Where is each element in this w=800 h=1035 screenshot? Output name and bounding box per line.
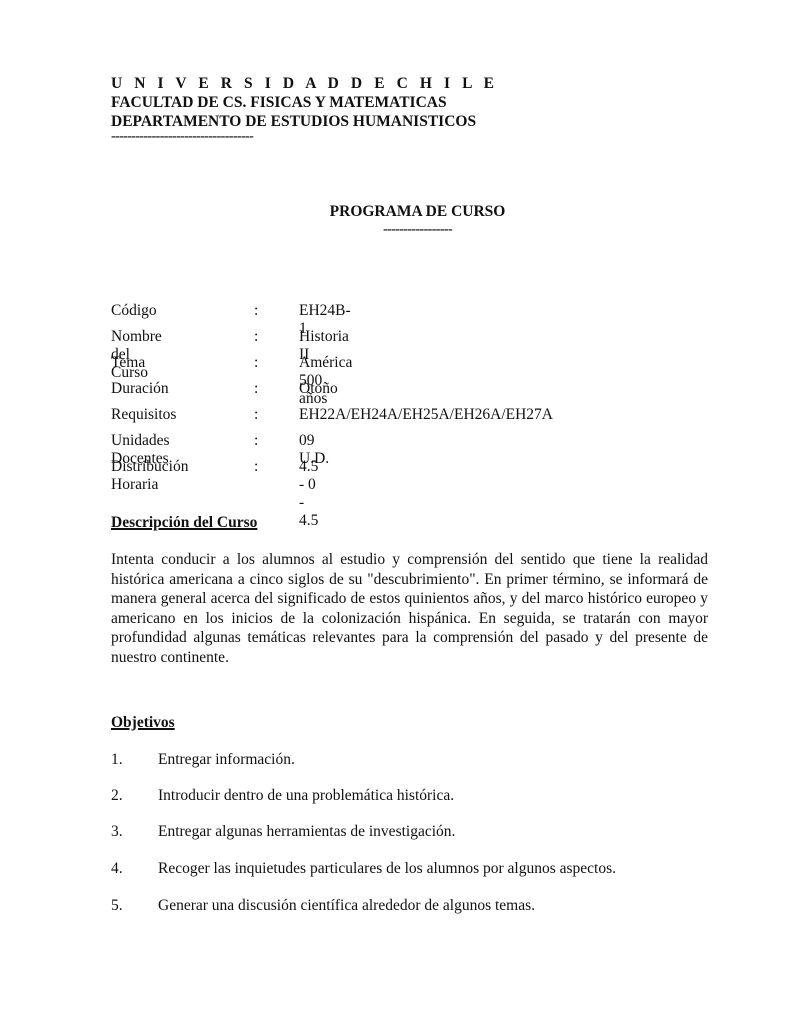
objective-number: 5. bbox=[111, 897, 123, 915]
objective-number: 1. bbox=[111, 751, 123, 769]
header-separator: ----------------------------------- bbox=[111, 129, 253, 145]
info-label: Código bbox=[111, 302, 157, 320]
objective-text: Generar una discusión científica alreded… bbox=[158, 897, 535, 915]
objective-text: Recoger las inquietudes particulares de … bbox=[158, 860, 616, 878]
info-colon: : bbox=[254, 328, 258, 346]
info-label: Duración bbox=[111, 380, 169, 398]
info-value: EH22A/EH24A/EH25A/EH26A/EH27A bbox=[299, 406, 553, 424]
description-heading: Descripción del Curso bbox=[111, 514, 257, 532]
university-name: U N I V E R S I D A D D E C H I L E bbox=[111, 74, 498, 93]
objective-number: 3. bbox=[111, 823, 123, 841]
info-colon: : bbox=[254, 406, 258, 424]
info-label: Requisitos bbox=[111, 406, 176, 424]
title-separator: ----------------- bbox=[0, 222, 800, 238]
objective-number: 2. bbox=[111, 787, 123, 805]
objectives-heading: Objetivos bbox=[111, 714, 175, 732]
objective-text: Introducir dentro de una problemática hi… bbox=[158, 787, 454, 805]
info-label: Tema bbox=[111, 354, 145, 372]
info-colon: : bbox=[254, 458, 258, 476]
page-title: PROGRAMA DE CURSO bbox=[0, 203, 800, 221]
info-value: 4.5 - 0 - 4.5 bbox=[299, 458, 318, 530]
objective-text: Entregar información. bbox=[158, 751, 295, 769]
description-text: Intenta conducir a los alumnos al estudi… bbox=[111, 550, 708, 668]
faculty-name: FACULTAD DE CS. FISICAS Y MATEMATICAS bbox=[111, 93, 447, 112]
info-colon: : bbox=[254, 432, 258, 450]
objective-text: Entregar algunas herramientas de investi… bbox=[158, 823, 455, 841]
info-colon: : bbox=[254, 380, 258, 398]
info-value: Otoño bbox=[299, 380, 338, 398]
info-colon: : bbox=[254, 354, 258, 372]
info-colon: : bbox=[254, 302, 258, 320]
objective-number: 4. bbox=[111, 860, 123, 878]
info-label: Distribución Horaria bbox=[111, 458, 189, 494]
